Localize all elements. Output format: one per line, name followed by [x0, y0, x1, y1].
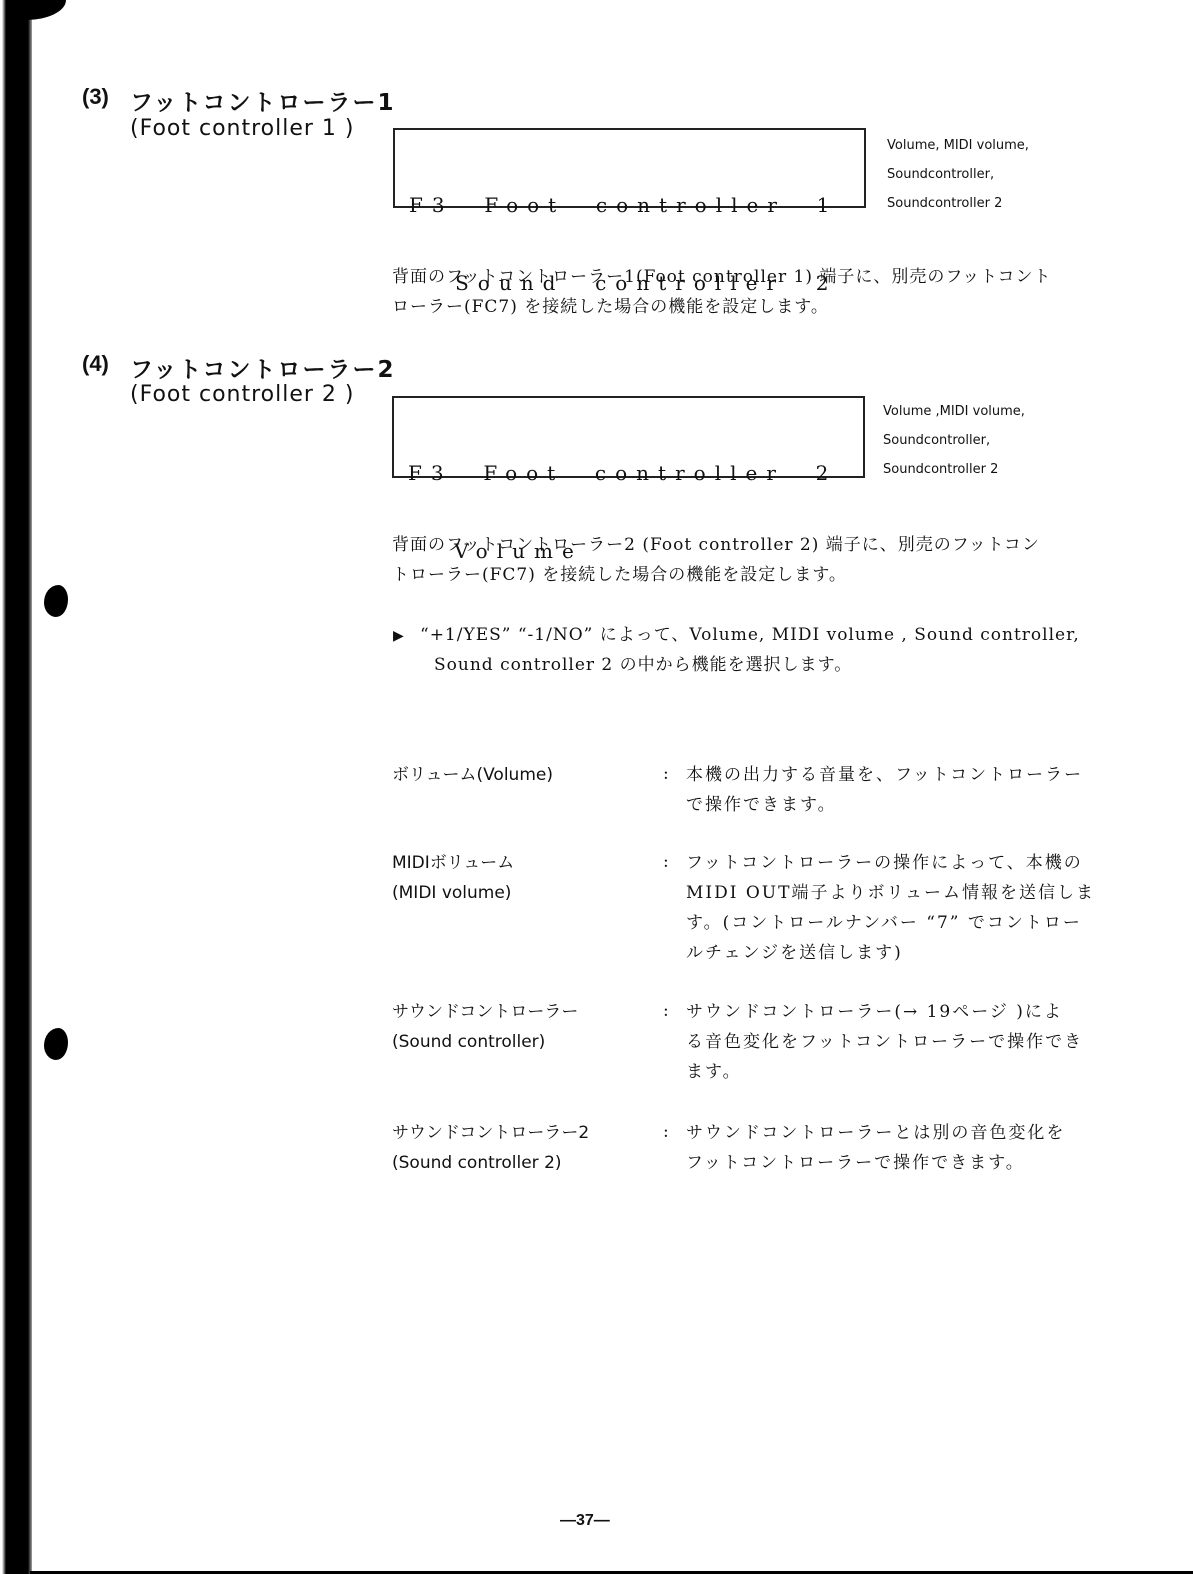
selection-note: “+1/YES” “-1/NO” によって、Volume, MIDI volum…	[420, 620, 1080, 680]
section-3-subtitle: (Foot controller 1 )	[130, 116, 355, 141]
body-line: サウンドコントローラーとは別の音色変化を	[686, 1118, 1146, 1148]
note-line: “+1/YES” “-1/NO” によって、Volume, MIDI volum…	[420, 620, 1080, 650]
option-2: Soundcontroller,	[887, 160, 1029, 189]
punch-hole-bottom	[44, 1028, 68, 1060]
body-line: 本機の出力する音量を、フットコントローラー	[686, 760, 1146, 790]
section-3-lcd-display: F3 Foot controller 1 Sound controller 2	[393, 128, 866, 208]
body-line: ルチェンジを送信します)	[686, 938, 1146, 968]
term-line: MIDIボリューム	[392, 848, 514, 878]
definition-term-volume: ボリューム(Volume)	[392, 760, 553, 790]
definition-body-sound-controller: サウンドコントローラー(→ 19ページ )によ る音色変化をフットコントローラー…	[686, 997, 1146, 1087]
binding-corner	[14, 0, 66, 20]
body-line: で操作できます。	[686, 790, 1146, 820]
note-line: Sound controller 2 の中から機能を選択します。	[420, 650, 1080, 680]
definition-colon: :	[663, 764, 669, 784]
definition-body-volume: 本機の出力する音量を、フットコントローラー で操作できます。	[686, 760, 1146, 820]
term-line: (Sound controller 2)	[392, 1148, 589, 1178]
section-4-subtitle: (Foot controller 2 )	[130, 382, 355, 407]
term-line: サウンドコントローラー	[392, 997, 578, 1027]
definition-term-midi-volume: MIDIボリューム (MIDI volume)	[392, 848, 514, 908]
section-3-number: (3)	[82, 84, 109, 110]
section-3-options: Volume, MIDI volume, Soundcontroller, So…	[887, 131, 1029, 218]
lcd-line-1: F3 Foot controller 2	[408, 460, 863, 486]
lcd-line-1: F3 Foot controller 1	[409, 192, 864, 218]
body-line: MIDI OUT端子よりボリューム情報を送信しま	[686, 878, 1146, 908]
page-number: —37—	[560, 1512, 610, 1530]
body-line: サウンドコントローラー(→ 19ページ )によ	[686, 997, 1146, 1027]
option-3: Soundcontroller 2	[883, 455, 1025, 484]
body-line: ます。	[686, 1057, 1146, 1087]
description-line: ローラー(FC7) を接続した場合の機能を設定します。	[392, 292, 1052, 322]
body-line: す。(コントロールナンバー “7” でコントロー	[686, 908, 1146, 938]
option-3: Soundcontroller 2	[887, 189, 1029, 218]
description-line: 背面のフットコントローラー2 (Foot controller 2) 端子に、別…	[392, 530, 1040, 560]
term-line: (MIDI volume)	[392, 878, 514, 908]
definition-colon: :	[663, 1122, 669, 1142]
option-2: Soundcontroller,	[883, 426, 1025, 455]
term-line: ボリューム(Volume)	[392, 760, 553, 790]
body-line: る音色変化をフットコントローラーで操作でき	[686, 1027, 1146, 1057]
section-4-description: 背面のフットコントローラー2 (Foot controller 2) 端子に、別…	[392, 530, 1040, 590]
section-3-title: フットコントローラー1	[130, 84, 395, 117]
section-4-lcd-display: F3 Foot controller 2 Volume	[392, 396, 865, 478]
binding-edge	[0, 0, 32, 1574]
term-line: サウンドコントローラー2	[392, 1118, 589, 1148]
definition-term-sound-controller-2: サウンドコントローラー2 (Sound controller 2)	[392, 1118, 589, 1178]
section-4-number: (4)	[82, 351, 109, 377]
description-line: 背面のフットコントローラー1(Foot controller 1) 端子に、別売…	[392, 262, 1052, 292]
option-1: Volume, MIDI volume,	[887, 131, 1029, 160]
definition-body-sound-controller-2: サウンドコントローラーとは別の音色変化を フットコントローラーで操作できます。	[686, 1118, 1146, 1178]
description-line: トローラー(FC7) を接続した場合の機能を設定します。	[392, 560, 1040, 590]
term-line: (Sound controller)	[392, 1027, 578, 1057]
section-4-options: Volume ,MIDI volume, Soundcontroller, So…	[883, 397, 1025, 484]
section-4-title: フットコントローラー2	[130, 351, 395, 384]
section-3-description: 背面のフットコントローラー1(Foot controller 1) 端子に、別売…	[392, 262, 1052, 322]
body-line: フットコントローラーで操作できます。	[686, 1148, 1146, 1178]
definition-colon: :	[663, 1001, 669, 1021]
definition-term-sound-controller: サウンドコントローラー (Sound controller)	[392, 997, 578, 1057]
definition-colon: :	[663, 852, 669, 872]
definition-body-midi-volume: フットコントローラーの操作によって、本機の MIDI OUT端子よりボリューム情…	[686, 848, 1146, 968]
punch-hole-top	[44, 585, 68, 617]
body-line: フットコントローラーの操作によって、本機の	[686, 848, 1146, 878]
option-1: Volume ,MIDI volume,	[883, 397, 1025, 426]
bullet-triangle-icon: ▶	[393, 628, 404, 644]
